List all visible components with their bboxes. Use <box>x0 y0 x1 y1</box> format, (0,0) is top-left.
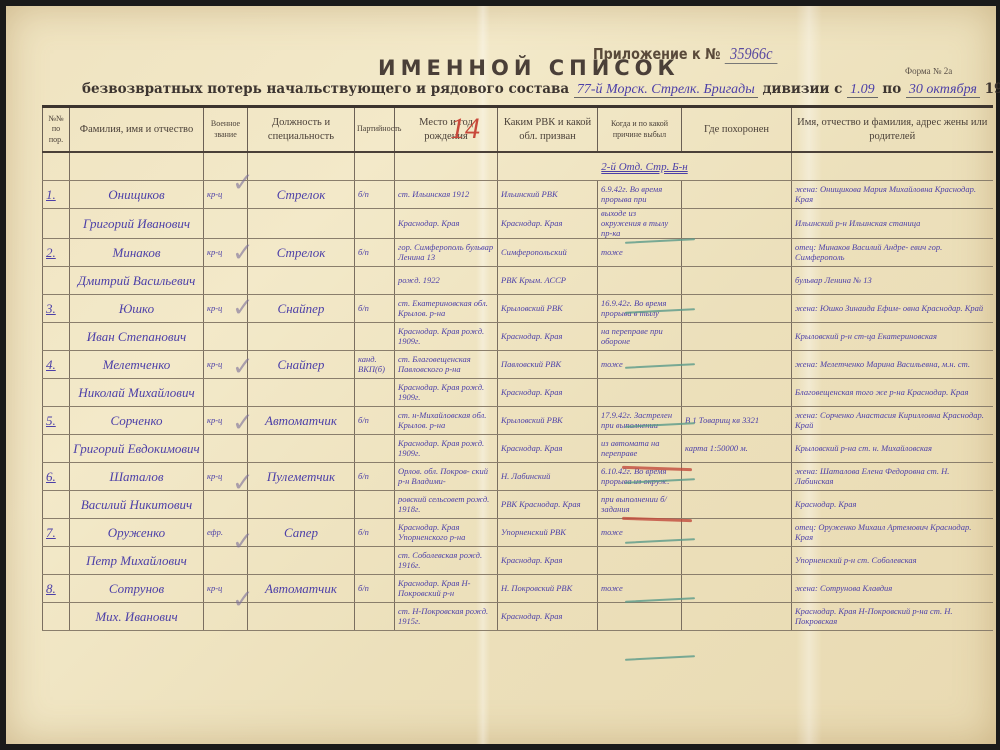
entry-given-names: Григорий Евдокимович <box>70 435 204 463</box>
entry-birth-place-cont: ст. Соболевская рожд. 1916г. <box>395 547 498 575</box>
entry-surname: Оруженко <box>70 519 204 547</box>
entry-burial-place <box>682 463 792 491</box>
entry-rank-blank <box>204 435 248 463</box>
entry-surname: Сотрунов <box>70 575 204 603</box>
entry-relatives: жена: Онищикова Мария Михайловна Краснод… <box>792 181 993 209</box>
entry-rvk-cont: РВК Крым. АССР <box>498 267 598 295</box>
entry-position-blank <box>248 603 355 631</box>
checkmark-icon: ✓ <box>232 468 254 498</box>
entry-rvk: Павловский РВК <box>498 351 598 379</box>
entry-burial-place-cont <box>682 547 792 575</box>
entry-number: 1. <box>43 181 70 209</box>
section-heading: 2-й Отд. Стр. Б-н <box>498 152 792 181</box>
entry-given-names: Григорий Иванович <box>70 209 204 239</box>
entry-burial-place-cont <box>682 379 792 407</box>
entry-burial-place-cont <box>682 323 792 351</box>
entry-burial-place <box>682 239 792 267</box>
entry-party-blank <box>355 209 395 239</box>
entry-surname: Минаков <box>70 239 204 267</box>
unit-name: 77-й Морск. Стрелк. Бригады <box>574 82 758 98</box>
entry-number-blank <box>43 323 70 351</box>
col-name: Фамилия, имя и отчество <box>70 107 204 153</box>
document-subtitle: безвозвратных потерь начальствующего и р… <box>82 81 1000 98</box>
checkmark-icon: ✓ <box>232 585 254 615</box>
entry-position: Снайпер <box>248 351 355 379</box>
subtitle-prefix: безвозвратных потерь начальствующего и р… <box>82 81 569 97</box>
entry-rvk: Н. Покровский РВК <box>498 575 598 603</box>
entry-party-blank <box>355 323 395 351</box>
entry-position-blank <box>248 491 355 519</box>
entry-number: 8. <box>43 575 70 603</box>
entry-rvk-cont: Краснодар. Края <box>498 435 598 463</box>
entry-birth-place-cont: рожд. 1922 <box>395 267 498 295</box>
entry-relatives-cont: Благовещенская того же р-на Краснодар. К… <box>792 379 993 407</box>
date-to-word: по <box>882 81 901 97</box>
table-row-continued: Григорий ИвановичКраснодар. КраяКраснода… <box>43 209 993 239</box>
entry-birth-place-cont: Краснодар. Края рожд. 1909г. <box>395 323 498 351</box>
entry-burial-place: В 1 Товарищ кв 3321 <box>682 407 792 435</box>
entry-burial-place-cont <box>682 209 792 239</box>
entry-birth-place-cont: ст. Н-Покровская рожд. 1915г. <box>395 603 498 631</box>
entry-birth-place-cont: Краснодар. Края рожд. 1909г. <box>395 435 498 463</box>
entry-position: Сапер <box>248 519 355 547</box>
entry-given-names: Николай Михайлович <box>70 379 204 407</box>
checkmark-icon: ✓ <box>232 168 254 198</box>
table-row-continued: Петр Михайловичст. Соболевская рожд. 191… <box>43 547 993 575</box>
entry-birth-place: Краснодар. Края Н-Покровский р-н <box>395 575 498 603</box>
entry-rank-blank <box>204 379 248 407</box>
entry-given-names: Петр Михайлович <box>70 547 204 575</box>
entry-number: 2. <box>43 239 70 267</box>
entry-given-names: Мих. Иванович <box>70 603 204 631</box>
col-party: Партийность <box>355 107 395 153</box>
entry-number: 4. <box>43 351 70 379</box>
year-prefix: 19 <box>985 81 1000 97</box>
entry-party: б/п <box>355 575 395 603</box>
entry-leave-reason-cont <box>598 379 682 407</box>
entry-position: Стрелок <box>248 181 355 209</box>
entry-position: Автоматчик <box>248 407 355 435</box>
entry-leave-reason-cont <box>598 547 682 575</box>
col-rvk: Каким РВК и какой обл. призван <box>498 107 598 153</box>
entry-given-names: Дмитрий Васильевич <box>70 267 204 295</box>
entry-relatives-cont: Ильинский р-н Ильинская станица <box>792 209 993 239</box>
entry-number-blank <box>43 267 70 295</box>
table-row-continued: Мих. Ивановичст. Н-Покровская рожд. 1915… <box>43 603 993 631</box>
entry-number-blank <box>43 379 70 407</box>
section-row: 2-й Отд. Стр. Б-н <box>43 152 993 181</box>
entry-party: б/п <box>355 407 395 435</box>
col-buried: Где похоронен <box>682 107 792 153</box>
entry-relatives-cont: Краснодар. Края <box>792 491 993 519</box>
date-from: 1.09 <box>847 82 878 98</box>
table-row: 2.Минаковкр-цСтрелокб/пгор. Симферополь … <box>43 239 993 267</box>
table-row-continued: Дмитрий Васильевичрожд. 1922РВК Крым. АС… <box>43 267 993 295</box>
entry-rvk: Упорненский РВК <box>498 519 598 547</box>
entry-position-blank <box>248 323 355 351</box>
entry-leave-reason: 17.9.42г. Застрелен при выполнении <box>598 407 682 435</box>
entry-rvk: Крыловский РВК <box>498 407 598 435</box>
col-number: №№ по пор. <box>43 107 70 153</box>
entry-party: б/п <box>355 239 395 267</box>
entry-party: б/п <box>355 295 395 323</box>
col-rank: Военное звание <box>204 107 248 153</box>
entry-leave-reason: 6.9.42г. Во время прорыва при <box>598 181 682 209</box>
entry-rvk: Крыловский РВК <box>498 295 598 323</box>
entry-party-blank <box>355 379 395 407</box>
entry-rank-blank <box>204 267 248 295</box>
entry-birth-place: Краснодар. Края Упорненского р-на <box>395 519 498 547</box>
entry-given-names: Иван Степанович <box>70 323 204 351</box>
entry-surname: Юшко <box>70 295 204 323</box>
entry-burial-place <box>682 351 792 379</box>
col-position: Должность и специальность <box>248 107 355 153</box>
entry-number-blank <box>43 435 70 463</box>
entry-position: Стрелок <box>248 239 355 267</box>
entry-party: б/п <box>355 181 395 209</box>
entry-rvk-cont: Краснодар. Края <box>498 379 598 407</box>
entry-relatives-cont: бульвар Ленина № 13 <box>792 267 993 295</box>
table-row: 5.Сорченкокр-цАвтоматчикб/пст. н-Михайло… <box>43 407 993 435</box>
entry-leave-reason-cont: при выполнении б/задания <box>598 491 682 519</box>
entry-leave-reason-cont: выходе из окружения в тылу пр-ка <box>598 209 682 239</box>
entry-party-blank <box>355 491 395 519</box>
entry-position-blank <box>248 435 355 463</box>
entry-burial-place-cont: карта 1:50000 м. <box>682 435 792 463</box>
entry-number: 7. <box>43 519 70 547</box>
entry-leave-reason-cont <box>598 267 682 295</box>
table-row: 6.Шаталовкр-цПулеметчикб/пОрлов. обл. По… <box>43 463 993 491</box>
entry-surname: Сорченко <box>70 407 204 435</box>
checkmark-icon: ✓ <box>232 352 254 382</box>
table-row: 1.Онищиковкр-цСтрелокб/пст. Ильинская 19… <box>43 181 993 209</box>
entry-party-blank <box>355 435 395 463</box>
entry-surname: Шаталов <box>70 463 204 491</box>
entry-leave-reason-cont: на переправе при обороне <box>598 323 682 351</box>
table-row-continued: Иван СтепановичКраснодар. Края рожд. 190… <box>43 323 993 351</box>
form-label: Форма № 2а <box>905 66 952 76</box>
entry-birth-place: Орлов. обл. Покров- ский р-н Владими- <box>395 463 498 491</box>
entry-position-blank <box>248 547 355 575</box>
entry-party: б/п <box>355 519 395 547</box>
checkmark-icon: ✓ <box>232 527 254 557</box>
entry-position: Пулеметчик <box>248 463 355 491</box>
entry-rvk-cont: Краснодар. Края <box>498 209 598 239</box>
entry-number: 6. <box>43 463 70 491</box>
table-row: 8.Сотруновкр-цАвтоматчикб/пКраснодар. Кр… <box>43 575 993 603</box>
entry-position-blank <box>248 379 355 407</box>
col-birth: Место и год рождения <box>395 107 498 153</box>
table-row-continued: Василий Никитовичровский сельсовет рожд.… <box>43 491 993 519</box>
entry-relatives: жена: Шаталова Елена Федоровна ст. Н. Ла… <box>792 463 993 491</box>
col-when: Когда и по какой причине выбыл <box>598 107 682 153</box>
entry-number-blank <box>43 547 70 575</box>
red-handwritten-mark: 14 <box>450 112 480 146</box>
entry-rvk-cont: Краснодар. Края <box>498 323 598 351</box>
entry-party-blank <box>355 603 395 631</box>
entry-birth-place: гор. Симферополь бульвар Ленина 13 <box>395 239 498 267</box>
entry-party-blank <box>355 267 395 295</box>
entry-birth-place-cont: Краснодар. Края рожд. 1909г. <box>395 379 498 407</box>
entry-number: 5. <box>43 407 70 435</box>
entry-number-blank <box>43 491 70 519</box>
entry-relatives-cont: Краснодар. Края Н-Покровский р-на ст. Н.… <box>792 603 993 631</box>
entry-birth-place: ст. н-Михайловская обл. Крылов. р-на <box>395 407 498 435</box>
table-row: 4.Мелетченкокр-цСнайперканд. ВКП(б)ст. Б… <box>43 351 993 379</box>
entry-rvk: Ильинский РВК <box>498 181 598 209</box>
entry-burial-place <box>682 575 792 603</box>
entry-burial-place-cont <box>682 491 792 519</box>
entry-burial-place-cont <box>682 267 792 295</box>
entry-leave-reason-cont: из автомата на переправе <box>598 435 682 463</box>
date-to: 30 октября <box>906 82 980 98</box>
entry-rvk-cont: Краснодар. Края <box>498 547 598 575</box>
entry-relatives-cont: Упорненский р-н ст. Соболевская <box>792 547 993 575</box>
entry-rvk: Симферопольский <box>498 239 598 267</box>
entry-birth-place-cont: Краснодар. Края <box>395 209 498 239</box>
entry-burial-place <box>682 519 792 547</box>
entry-relatives: отец: Минаков Василий Андре- евич гор. С… <box>792 239 993 267</box>
entry-birth-place-cont: ровский сельсовет рожд. 1918г. <box>395 491 498 519</box>
entry-relatives: отец: Оруженко Михаил Артемович Краснода… <box>792 519 993 547</box>
entry-number-blank <box>43 603 70 631</box>
entry-birth-place: ст. Благовещенская Павловского р-на <box>395 351 498 379</box>
entry-relatives-cont: Крыловский р-н ст-ца Екатериновская <box>792 323 993 351</box>
entry-relatives: жена: Мелетченко Марина Васильевна, м.н.… <box>792 351 993 379</box>
entry-burial-place-cont <box>682 603 792 631</box>
entry-burial-place <box>682 295 792 323</box>
entry-surname: Онищиков <box>70 181 204 209</box>
entry-position: Автоматчик <box>248 575 355 603</box>
entry-relatives: жена: Сорченко Анастасия Кирилловна Крас… <box>792 407 993 435</box>
checkmark-icon: ✓ <box>232 238 254 268</box>
entry-party: б/п <box>355 463 395 491</box>
table-header-row: №№ по пор. Фамилия, имя и отчество Военн… <box>43 107 993 153</box>
entry-given-names: Василий Никитович <box>70 491 204 519</box>
table-row-continued: Николай МихайловичКраснодар. Края рожд. … <box>43 379 993 407</box>
entry-rvk-cont: Краснодар. Края <box>498 603 598 631</box>
entry-rvk: Н. Лабинский <box>498 463 598 491</box>
entry-relatives: жена: Сотрунова Клавдия <box>792 575 993 603</box>
checkmark-icon: ✓ <box>232 293 254 323</box>
entry-party: канд. ВКП(б) <box>355 351 395 379</box>
entry-party-blank <box>355 547 395 575</box>
losses-table: №№ по пор. Фамилия, имя и отчество Военн… <box>42 105 993 631</box>
entry-relatives: жена: Юшко Зинаида Ефим- овна Краснодар.… <box>792 295 993 323</box>
entry-position-blank <box>248 267 355 295</box>
entry-relatives-cont: Крыловский р-на ст. н. Михайловская <box>792 435 993 463</box>
col-relatives: Имя, отчество и фамилия, адрес жены или … <box>792 107 993 153</box>
entry-surname: Мелетченко <box>70 351 204 379</box>
division-word: дивизии с <box>762 81 842 97</box>
entry-birth-place: ст. Екатериновская обл. Крылов. р-на <box>395 295 498 323</box>
entry-rank-blank <box>204 209 248 239</box>
entry-rvk-cont: РВК Краснодар. Края <box>498 491 598 519</box>
entry-number-blank <box>43 209 70 239</box>
entry-position-blank <box>248 209 355 239</box>
table-row: 7.Оруженкоефр.Саперб/пКраснодар. Края Уп… <box>43 519 993 547</box>
table-row-continued: Григорий ЕвдокимовичКраснодар. Края рожд… <box>43 435 993 463</box>
entry-position: Снайпер <box>248 295 355 323</box>
entry-rank-blank <box>204 323 248 351</box>
entry-number: 3. <box>43 295 70 323</box>
entry-burial-place <box>682 181 792 209</box>
table-row: 3.Юшкокр-цСнайперб/пст. Екатериновская о… <box>43 295 993 323</box>
appendix-number: 35966с <box>725 44 778 64</box>
document-title: ИМЕННОЙ СПИСОК <box>378 56 680 80</box>
entry-birth-place: ст. Ильинская 1912 <box>395 181 498 209</box>
checkmark-icon: ✓ <box>232 408 254 438</box>
entry-leave-reason-cont <box>598 603 682 631</box>
